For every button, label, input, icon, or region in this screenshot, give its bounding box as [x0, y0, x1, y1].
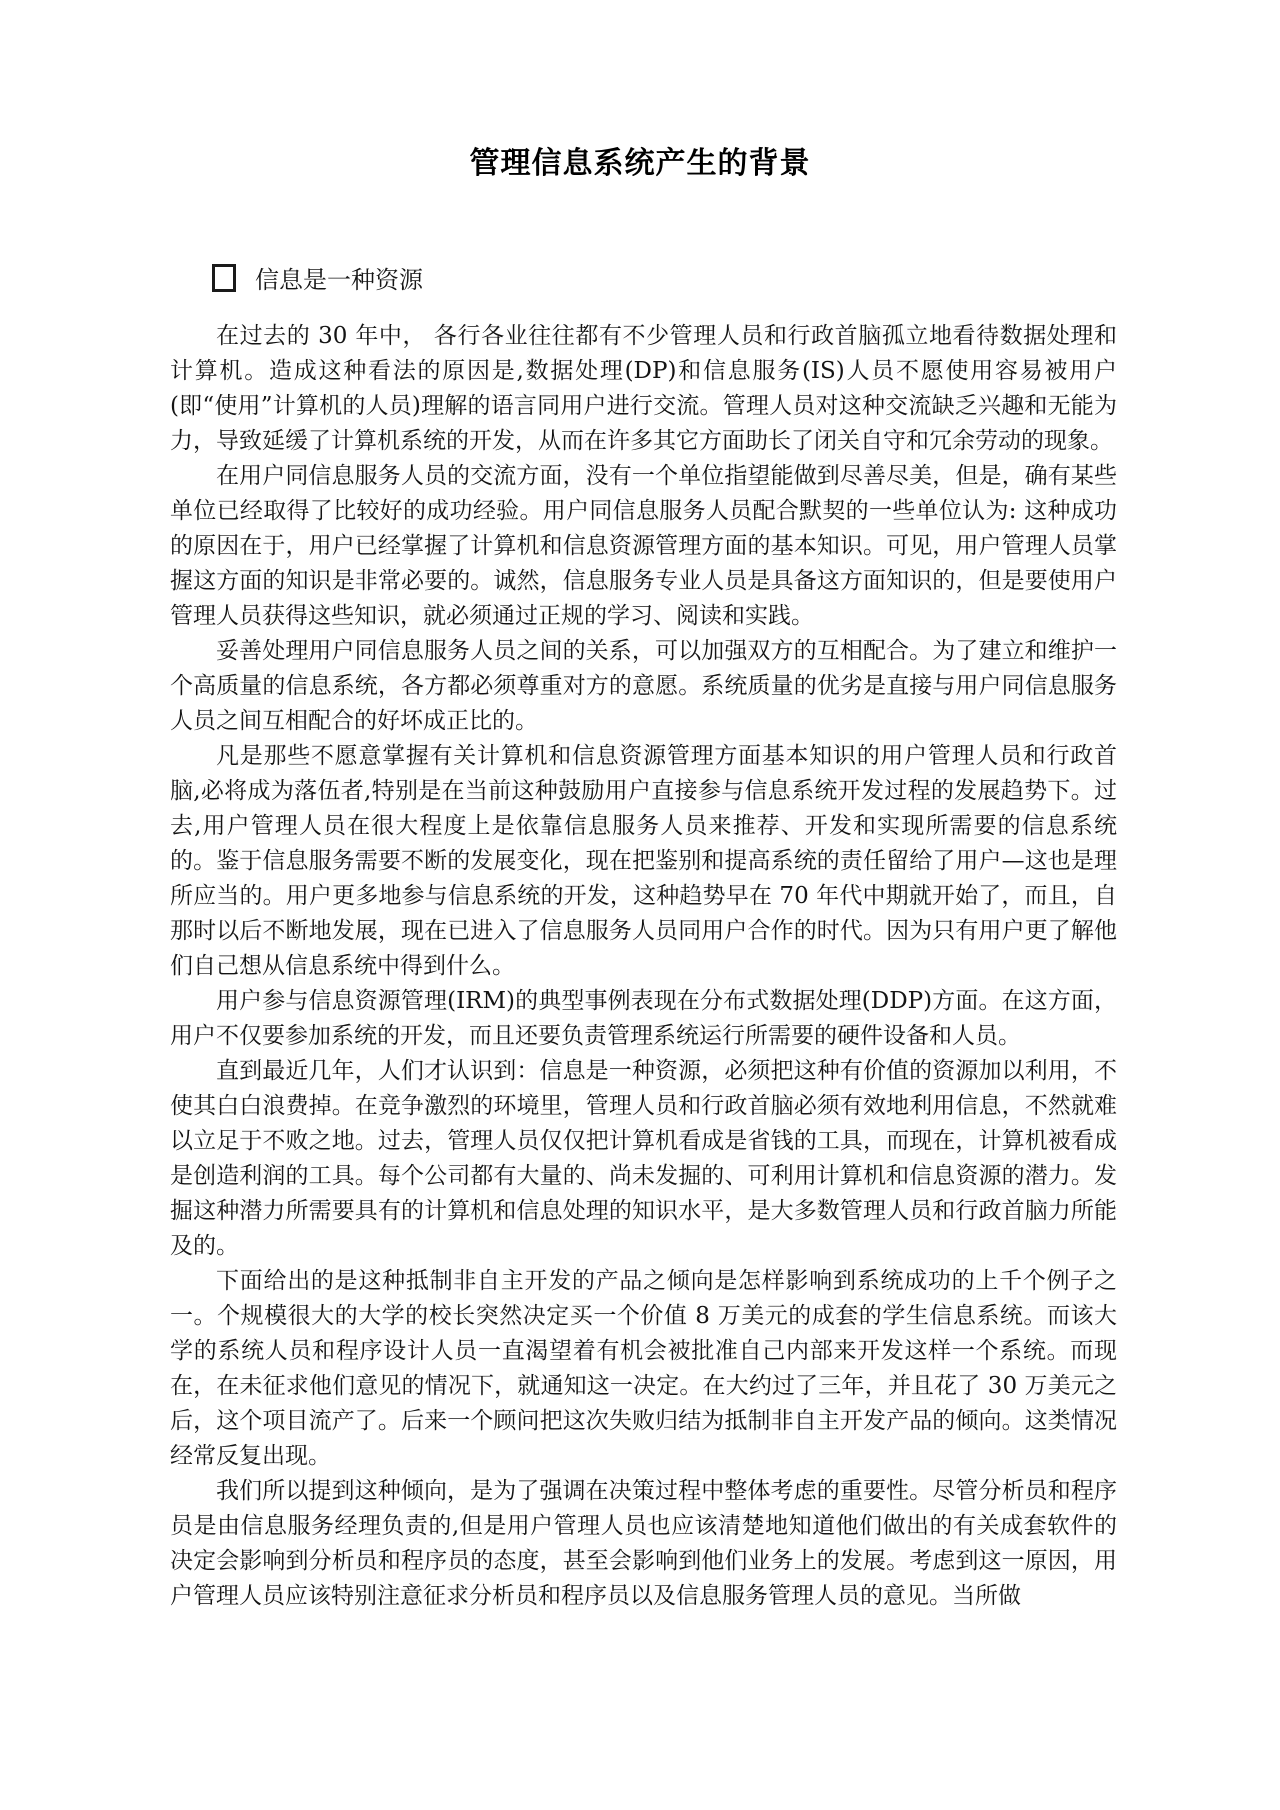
document-title: 管理信息系统产生的背景 — [0, 0, 1280, 182]
square-bullet-icon — [212, 264, 236, 292]
paragraph-1: 在过去的 30 年中， 各行各业往往都有不少管理人员和行政首脑孤立地看待数据处理… — [170, 319, 1117, 459]
paragraph-7: 下面给出的是这种抵制非自主开发的产品之倾向是怎样影响到系统成功的上千个例子之一。… — [170, 1264, 1117, 1474]
paragraph-6: 直到最近几年，人们才认识到：信息是一种资源，必须把这种有价值的资源加以利用，不使… — [170, 1054, 1117, 1264]
paragraph-4: 凡是那些不愿意掌握有关计算机和信息资源管理方面基本知识的用户管理人员和行政首脑,… — [170, 739, 1117, 984]
section-heading: 信息是一种资源 — [212, 260, 1280, 295]
paragraph-5: 用户参与信息资源管理(IRM)的典型事例表现在分布式数据处理(DDP)方面。在这… — [170, 984, 1117, 1054]
document-page: 管理信息系统产生的背景 信息是一种资源 在过去的 30 年中， 各行各业往往都有… — [0, 0, 1280, 1810]
document-body: 在过去的 30 年中， 各行各业往往都有不少管理人员和行政首脑孤立地看待数据处理… — [170, 319, 1117, 1614]
paragraph-2: 在用户同信息服务人员的交流方面，没有一个单位指望能做到尽善尽美，但是，确有某些单… — [170, 459, 1117, 634]
paragraph-3: 妥善处理用户同信息服务人员之间的关系，可以加强双方的互相配合。为了建立和维护一个… — [170, 634, 1117, 739]
section-heading-text: 信息是一种资源 — [255, 260, 423, 295]
paragraph-8: 我们所以提到这种倾向，是为了强调在决策过程中整体考虑的重要性。尽管分析员和程序员… — [170, 1474, 1117, 1614]
